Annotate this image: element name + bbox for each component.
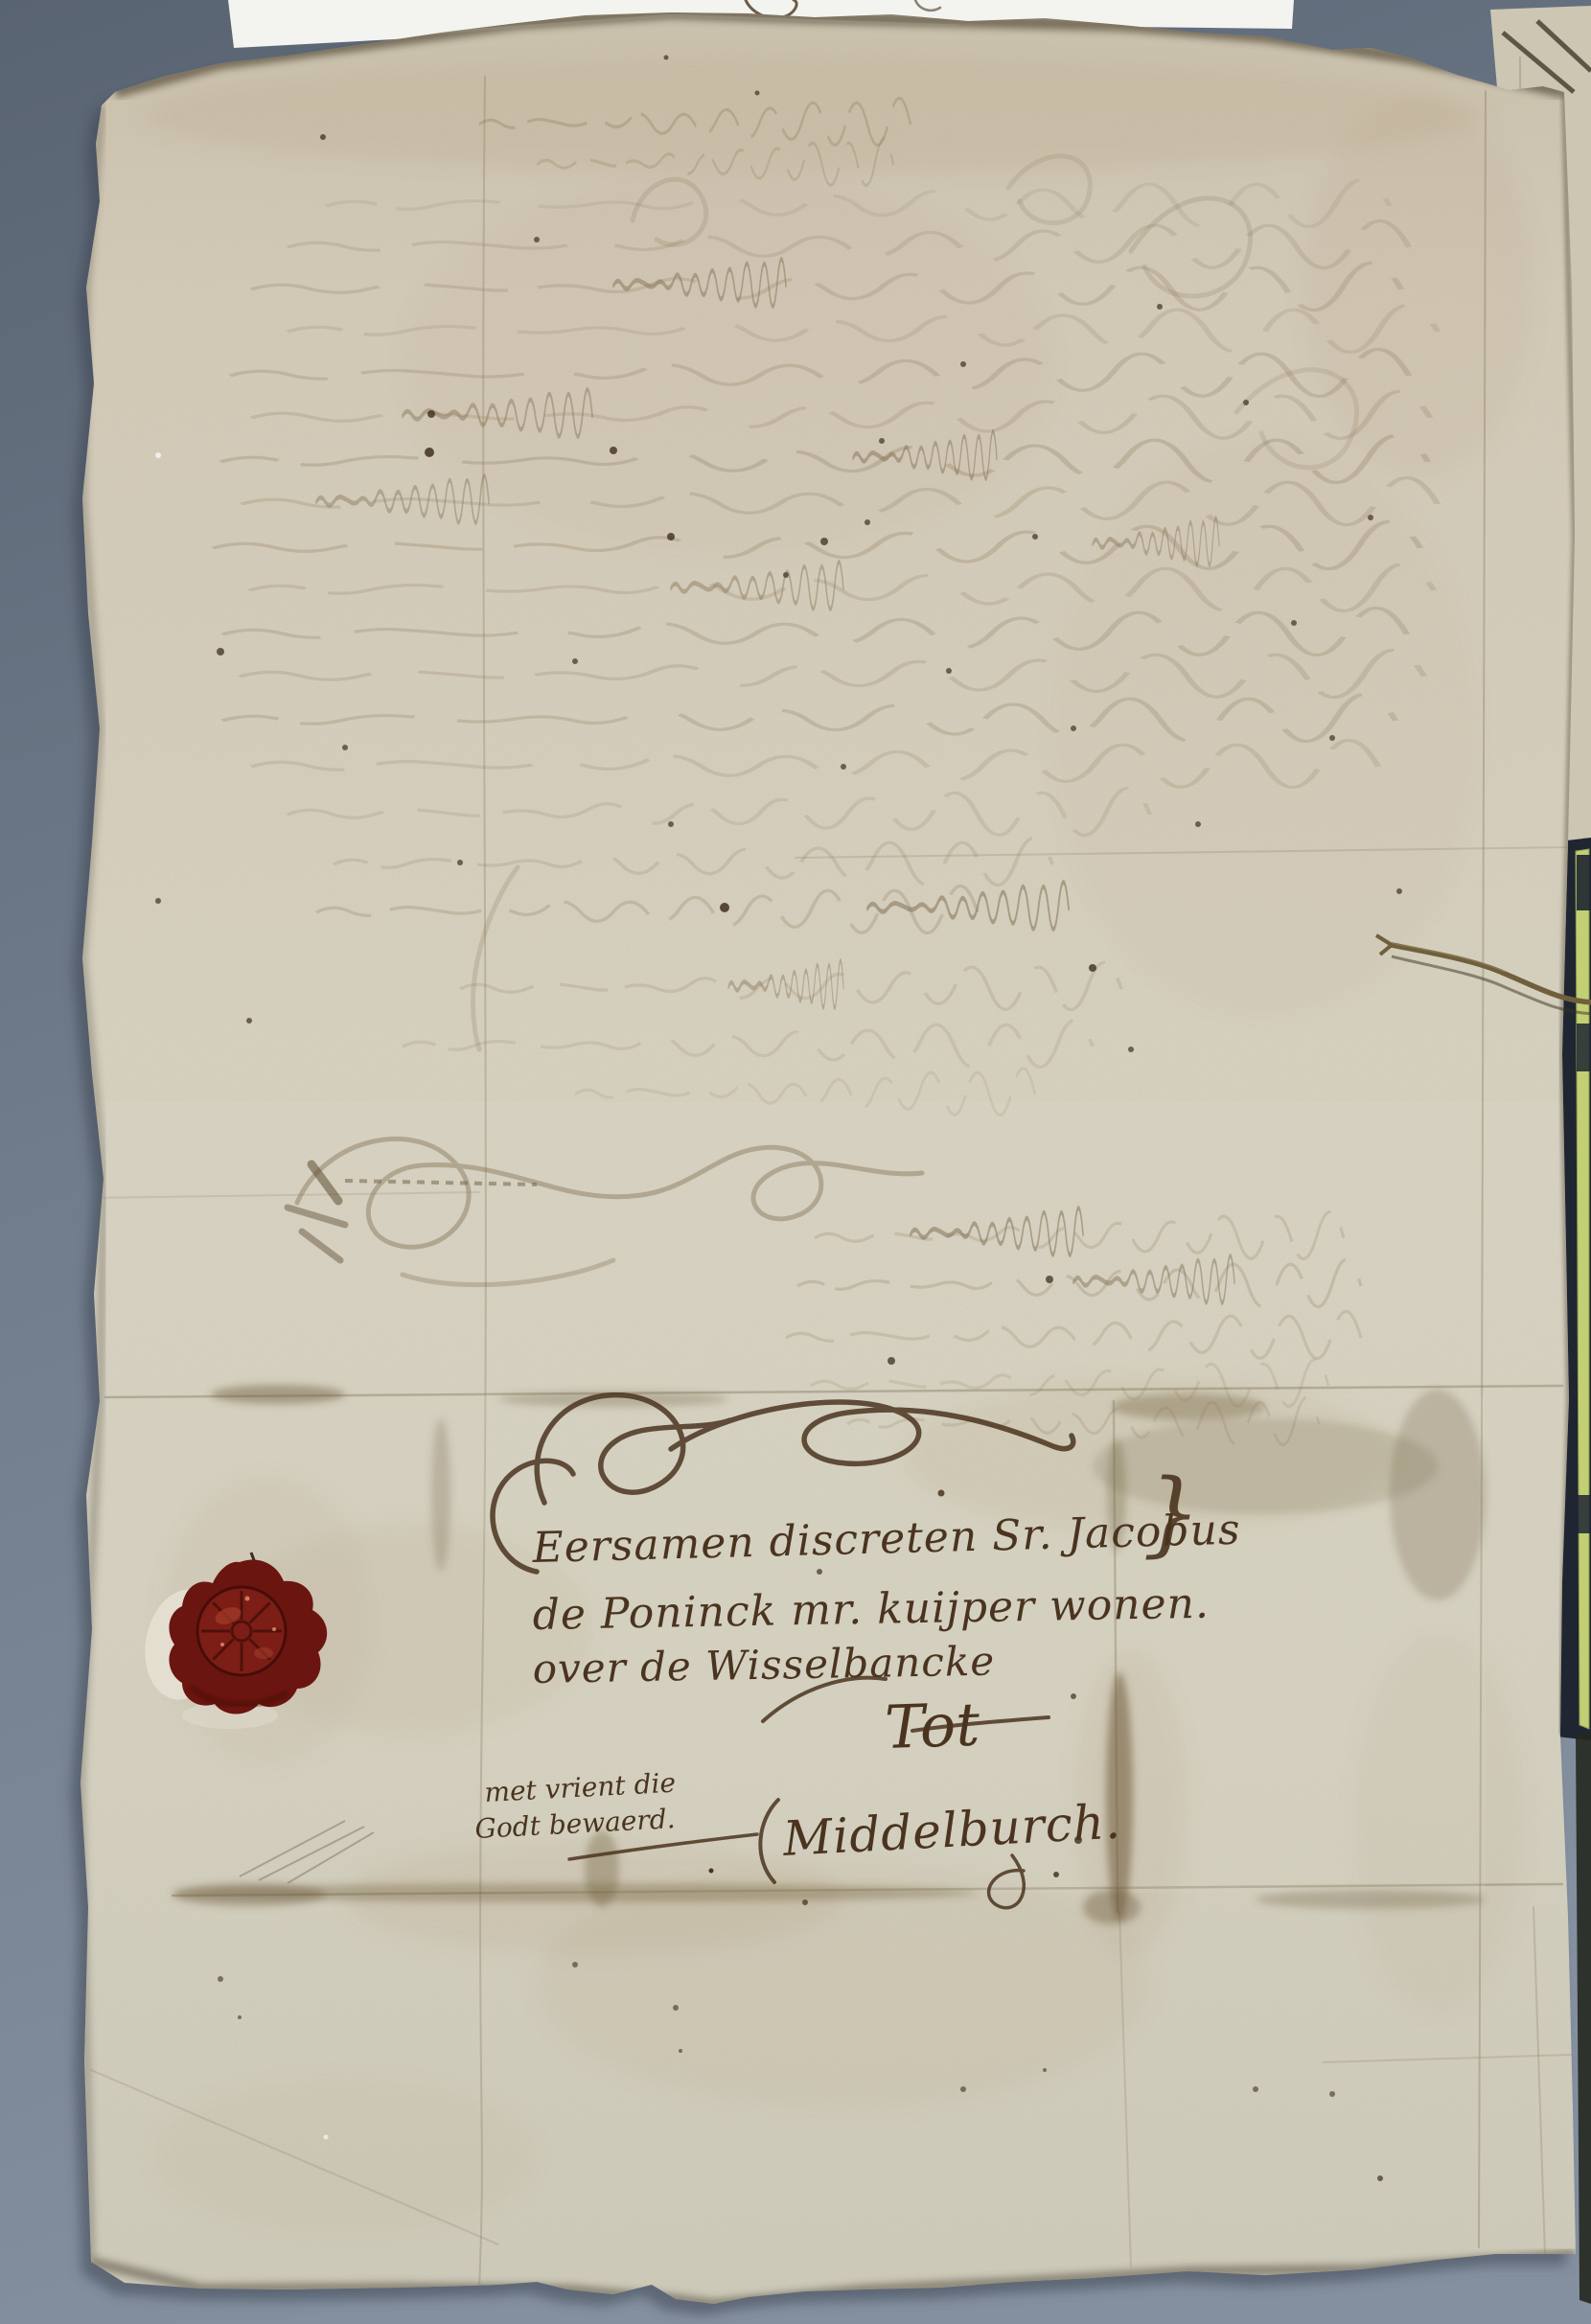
destination-tot: Tot [884,1690,980,1762]
archive-photo: Eersamen discreten Sr. Jacobus } de Poni… [0,0,1591,2324]
letter-surface [58,0,1591,2324]
paper-grain [58,0,1591,2324]
address-line-3: over de Wisselbancke [532,1638,995,1692]
note-dot [709,1869,714,1874]
letter-scene: Eersamen discreten Sr. Jacobus } de Poni… [0,0,1591,2324]
address-bracket: } [1142,1460,1201,1567]
